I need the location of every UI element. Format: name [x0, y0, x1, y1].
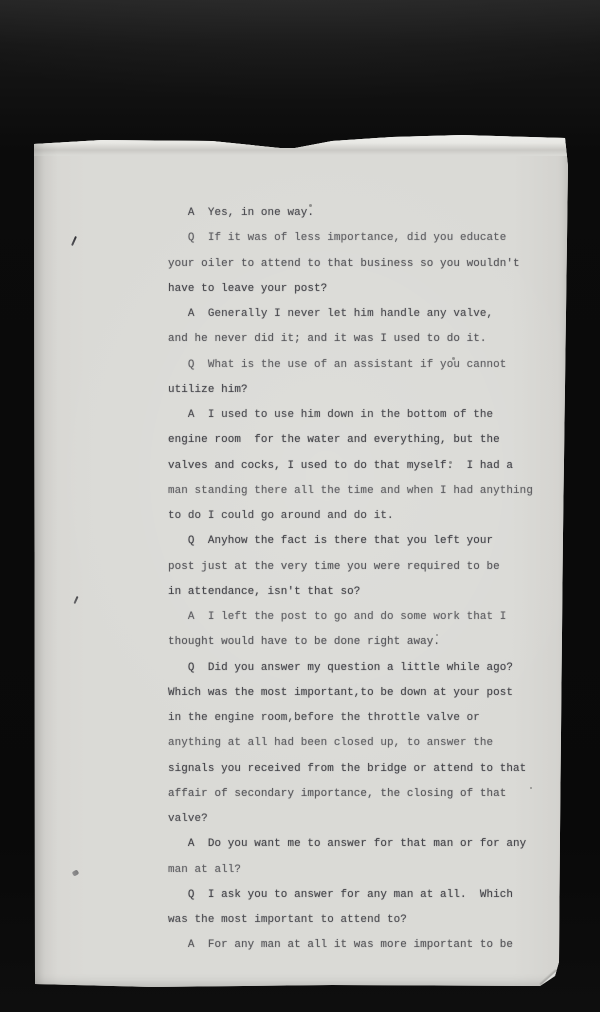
transcript-line: have to leave your post? — [168, 277, 540, 302]
paper-speck — [309, 204, 312, 207]
transcript-line: man standing there all the time and when… — [168, 479, 540, 504]
document-page: A Yes, in one way. Q If it was of less i… — [32, 134, 568, 988]
transcript-line: utilize him? — [168, 378, 540, 403]
transcript-line: A I left the post to go and do some work… — [168, 605, 540, 630]
transcript-line: A Do you want me to answer for that man … — [168, 832, 540, 857]
transcript-line: engine room for the water and everything… — [168, 428, 540, 453]
transcript-line: anything at all had been closed up, to a… — [168, 731, 540, 756]
transcript-line: A Generally I never let him handle any v… — [168, 302, 540, 327]
transcript-line: valve? — [168, 807, 540, 832]
transcript-line: thought would have to be done right away… — [168, 630, 540, 655]
transcript-line: A I used to use him down in the bottom o… — [168, 403, 540, 428]
transcript-line: man at all? — [168, 858, 540, 883]
paper-speck — [452, 357, 455, 360]
transcript-line: your oiler to attend to that business so… — [168, 252, 540, 277]
transcript-line: affair of secondary importance, the clos… — [168, 782, 540, 807]
page-corner-fold — [540, 969, 559, 986]
paper-speck — [436, 634, 438, 636]
paper-speck — [530, 787, 532, 789]
transcript-line: A For any man at all it was more importa… — [168, 933, 540, 958]
transcript-line: in attendance, isn't that so? — [168, 580, 540, 605]
page-top-edge — [32, 134, 568, 156]
transcript-line: Q Did you answer my question a little wh… — [168, 656, 540, 681]
transcript-line: post just at the very time you were requ… — [168, 555, 540, 580]
photo-stage: A Yes, in one way. Q If it was of less i… — [0, 0, 600, 1012]
transcript-line: in the engine room,before the throttle v… — [168, 706, 540, 731]
pen-check-mark — [73, 596, 78, 604]
transcript-line: to do I could go around and do it. — [168, 504, 540, 529]
pen-check-mark — [71, 236, 77, 246]
transcript-line: Q Anyhow the fact is there that you left… — [168, 529, 540, 554]
pen-smudge-mark — [72, 869, 80, 876]
transcript-line: Q What is the use of an assistant if you… — [168, 353, 540, 378]
transcript-line: signals you received from the bridge or … — [168, 757, 540, 782]
paper-speck — [449, 461, 452, 464]
page-left-shade — [32, 134, 58, 988]
transcript-line: was the most important to attend to? — [168, 908, 540, 933]
transcript-line: valves and cocks, I used to do that myse… — [168, 454, 540, 479]
transcript-line: and he never did it; and it was I used t… — [168, 327, 540, 352]
transcript-text: A Yes, in one way. Q If it was of less i… — [168, 201, 540, 959]
transcript-line: Q I ask you to answer for any man at all… — [168, 883, 540, 908]
transcript-line: A Yes, in one way. — [168, 201, 540, 226]
transcript-line: Which was the most important,to be down … — [168, 681, 540, 706]
transcript-line: Q If it was of less importance, did you … — [168, 226, 540, 251]
